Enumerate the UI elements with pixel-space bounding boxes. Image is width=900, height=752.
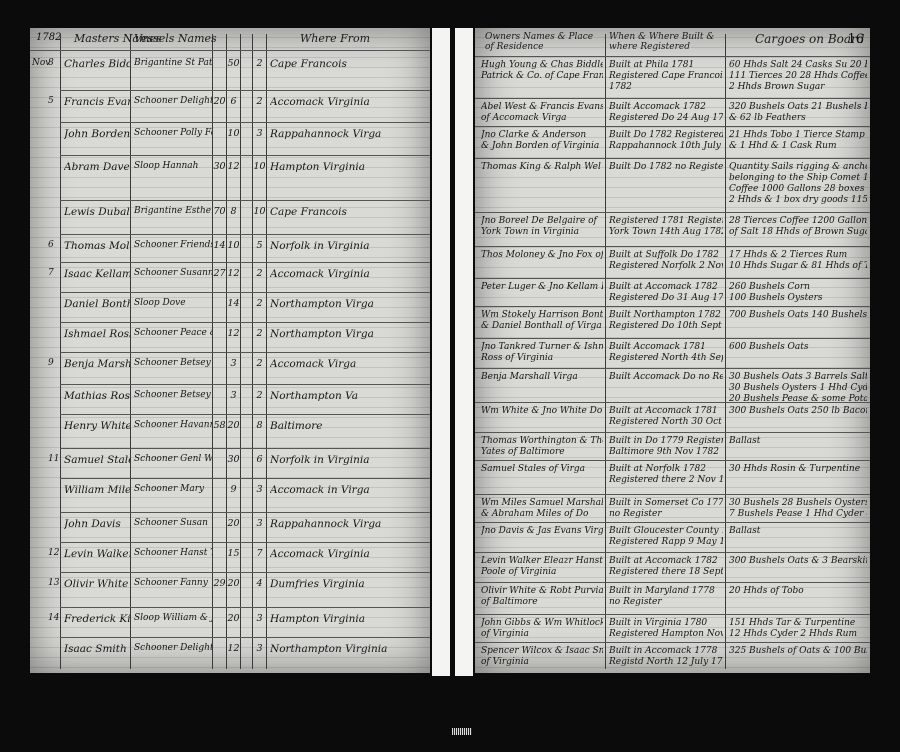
row-rule	[475, 306, 870, 307]
built-registered: Registered Do 31 Aug 1782	[609, 293, 723, 303]
guns-value: 20	[227, 578, 240, 589]
built-registered: Built in Maryland 1778	[609, 586, 723, 596]
owner-name: of Virginia	[481, 657, 603, 667]
where-from: Accomack Virginia	[270, 96, 428, 108]
owner-name: Jno Boreel De Belgaire of	[481, 216, 603, 226]
owner-name: & John Borden of Virginia	[481, 141, 603, 151]
men-value: 8	[253, 420, 266, 431]
cargo-description: 320 Bushels Oats 21 Bushels Pease	[729, 102, 867, 112]
men-value: 2	[253, 390, 266, 401]
row-rule	[475, 552, 870, 553]
master-name: William Miles	[64, 484, 130, 496]
cargo-description: 60 Hhds Salt 24 Casks Su 20 Hhds Molasse…	[729, 60, 867, 70]
men-value: 2	[253, 298, 266, 309]
owner-name: Spencer Wilcox & Isaac Smith	[481, 646, 603, 656]
header-where-from: Where From	[300, 32, 370, 45]
cargo-description: 7 Bushels Pease 1 Hhd Cyder & Sundries	[729, 509, 867, 519]
cargo-description: 2 Hhds Brown Sugar	[729, 82, 867, 92]
vessel-name: Schooner Susanna	[134, 268, 212, 278]
header-vessels-names: Vessels Names	[134, 32, 217, 45]
built-registered: Built in Do 1779 Registered	[609, 436, 723, 446]
owner-name: Wm White & Jno White Do	[481, 406, 603, 416]
vessel-name: Schooner Genl Wayne	[134, 454, 212, 464]
built-registered: Built Do 1782 Registered at	[609, 130, 723, 140]
owner-name: York Town in Virginia	[481, 227, 603, 237]
row-rule	[475, 494, 870, 495]
row-rule	[475, 582, 870, 583]
built-registered: Registered there 18 Sept 1782	[609, 567, 723, 577]
where-from: Accomack Virga	[270, 358, 428, 370]
built-registered: Built at Accomack 1782	[609, 282, 723, 292]
men-value: 2	[253, 358, 266, 369]
built-registered: York Town 14th Aug 1782	[609, 227, 723, 237]
row-rule	[60, 542, 430, 543]
tons-value: 29	[213, 578, 226, 589]
cargo-description: Quantity Sails rigging & anchors	[729, 162, 867, 172]
guns-value: 14	[227, 298, 240, 309]
owner-name: & Abraham Miles of Do	[481, 509, 603, 519]
cargo-description: 700 Bushels Oats 140 Bushels Pease	[729, 310, 867, 320]
built-registered: Built Northampton 1782	[609, 310, 723, 320]
where-from: Rappahannock Virga	[270, 518, 428, 530]
master-name: Thomas Moloney	[64, 240, 130, 252]
master-name: Lewis Dubales	[64, 206, 130, 218]
header-rule	[30, 50, 430, 51]
vessel-name: Schooner Mary	[134, 484, 212, 494]
vessel-name: Brigantine Esther	[134, 206, 212, 216]
guns-value: 12	[227, 268, 240, 279]
cargo-description: 300 Bushels Oats 250 lb Bacon	[729, 406, 867, 416]
where-from: Dumfries Virginia	[270, 578, 428, 590]
row-rule	[475, 614, 870, 615]
men-value: 4	[253, 578, 266, 589]
built-registered: Registered Do 10th Sept 1782	[609, 321, 723, 331]
cargo-description: of Salt 18 Hhds of Brown Sugar	[729, 227, 867, 237]
cargo-description: & 62 lb Feathers	[729, 113, 867, 123]
row-rule	[60, 448, 430, 449]
row-rule	[60, 322, 430, 323]
men-value: 3	[253, 613, 266, 624]
cargo-description: 2 Hhds & 1 box dry goods 115 lb Cannon	[729, 195, 867, 205]
built-registered: Built Accomack 1781	[609, 342, 723, 352]
column-divider	[605, 34, 606, 669]
vessel-name: Schooner Delight	[134, 96, 212, 106]
built-registered: Registered there 2 Nov 1782	[609, 475, 723, 485]
owner-name: Jno Tankred Turner & Ishmael	[481, 342, 603, 352]
vessel-name: Schooner Hanst Taylor	[134, 548, 212, 558]
cargo-description: 30 Bushels Oysters 1 Hhd Cyder	[729, 383, 867, 393]
guns-value: 15	[227, 548, 240, 559]
where-from: Northampton Virginia	[270, 643, 428, 655]
master-name: Henry White	[64, 420, 130, 432]
row-rule	[60, 414, 430, 415]
row-rule	[475, 522, 870, 523]
owner-name: Thomas King & Ralph Wel Do	[481, 162, 603, 172]
vessel-name: Schooner Peace & Plenty	[134, 328, 212, 338]
built-registered: Built at Norfolk 1782	[609, 464, 723, 474]
tons-value: 30	[213, 161, 226, 172]
owner-name: Hugh Young & Chas Biddle & St	[481, 60, 603, 70]
men-value: 2	[253, 328, 266, 339]
master-name: Isaac Kellam	[64, 268, 130, 280]
owner-name: Yates of Baltimore	[481, 447, 603, 457]
owner-name: & Daniel Bonthall of Virga	[481, 321, 603, 331]
page-gutter	[455, 28, 473, 676]
built-registered: Registered Rapp 9 May 1782	[609, 537, 723, 547]
row-rule	[60, 352, 430, 353]
cargo-description: & 1 Hhd & 1 Cask Rum	[729, 141, 867, 151]
guns-value: 20	[227, 613, 240, 624]
row-rule	[60, 478, 430, 479]
master-name: Levin Walker	[64, 548, 130, 560]
row-rule	[60, 292, 430, 293]
guns-value: 12	[227, 161, 240, 172]
tons-value: 27	[213, 268, 226, 279]
master-name: Ishmael Ross	[64, 328, 130, 340]
guns-value: 12	[227, 643, 240, 654]
men-value: 2	[253, 58, 266, 69]
vessel-name: Schooner Betsey	[134, 358, 212, 368]
master-name: John Davis	[64, 518, 130, 530]
header-rule	[475, 56, 870, 57]
built-registered: Built at Phila 1781	[609, 60, 723, 70]
built-registered: Registered Do 24 Aug 1782	[609, 113, 723, 123]
built-registered: Registered North 30 Oct 82	[609, 417, 723, 427]
men-value: 3	[253, 128, 266, 139]
vessel-name: Schooner Susan	[134, 518, 212, 528]
master-name: Olivir White	[64, 578, 130, 590]
master-name: Francis Evans	[64, 96, 130, 108]
owner-name: Poole of Virginia	[481, 567, 603, 577]
page-gutter	[432, 28, 450, 676]
cargo-description: 260 Bushels Corn	[729, 282, 867, 292]
entry-number: 6	[48, 240, 60, 250]
row-rule	[475, 212, 870, 213]
cargo-description: 21 Hhds Tobo 1 Tierce Stamp	[729, 130, 867, 140]
men-value: 7	[253, 548, 266, 559]
cargo-description: 12 Hhds Cyder 2 Hhds Rum	[729, 629, 867, 639]
entry-number: 11	[48, 454, 60, 464]
vessel-name: Schooner Delight	[134, 643, 212, 653]
built-registered: Built in Somerset Co 1773	[609, 498, 723, 508]
built-registered: Built at Accomack 1782	[609, 556, 723, 566]
tons-value: 58	[213, 420, 226, 431]
built-registered: Registered Hampton Nov 6 1782	[609, 629, 723, 639]
owner-name: Patrick & Co. of Cape Franc.	[481, 71, 603, 81]
built-registered: 1782	[609, 82, 723, 92]
row-rule	[60, 234, 430, 235]
built-registered: no Register	[609, 597, 723, 607]
tons-value: 14	[213, 240, 226, 251]
entry-number: 5	[48, 96, 60, 106]
built-registered: Registered North 4th Sept 1782	[609, 353, 723, 363]
entry-number: 13	[48, 578, 60, 588]
ledger-right-page: Owners Names & Place of Residence When &…	[475, 28, 870, 673]
owner-name: Abel West & Francis Evans	[481, 102, 603, 112]
built-registered: Built in Virginia 1780	[609, 618, 723, 628]
cargo-description: 325 Bushels of Oats & 100 Bushels Pease	[729, 646, 867, 656]
men-value: 3	[253, 484, 266, 495]
master-name: Isaac Smith	[64, 643, 130, 655]
men-value: 10	[253, 206, 266, 217]
vessel-name: Sloop Hannah	[134, 161, 212, 171]
owner-name: Thomas Worthington & Thomas	[481, 436, 603, 446]
where-from: Northampton Virga	[270, 328, 428, 340]
cargo-description: belonging to the Ship Comet 16 Tierces o…	[729, 173, 867, 183]
row-rule	[60, 384, 430, 385]
row-rule	[60, 155, 430, 156]
column-divider	[725, 34, 726, 669]
tons-value: 20	[213, 96, 226, 107]
men-value: 2	[253, 96, 266, 107]
row-rule	[60, 607, 430, 608]
owner-name: Peter Luger & Jno Kellam Do	[481, 282, 603, 292]
built-registered: Built Do 1782 no Register	[609, 162, 723, 172]
where-from: Norfolk in Virginia	[270, 454, 428, 466]
where-from: Northampton Va	[270, 390, 428, 402]
guns-value: 12	[227, 328, 240, 339]
row-rule	[475, 338, 870, 339]
where-from: Rappahannock Virga	[270, 128, 428, 140]
owner-name: of Virginia	[481, 629, 603, 639]
men-value: 3	[253, 518, 266, 529]
row-rule	[475, 98, 870, 99]
entry-number: 7	[48, 268, 60, 278]
row-rule	[60, 90, 430, 91]
master-name: John Borden	[64, 128, 130, 140]
vessel-name: Sloop Dove	[134, 298, 212, 308]
row-rule	[60, 512, 430, 513]
row-rule	[475, 158, 870, 159]
owner-name: Ross of Virginia	[481, 353, 603, 363]
built-registered: Built Gloucester County 1781	[609, 526, 723, 536]
owner-name: of Baltimore	[481, 597, 603, 607]
row-rule	[60, 122, 430, 123]
cargo-description: 100 Bushels Oysters	[729, 293, 867, 303]
vessel-name: Schooner Polly Fern	[134, 128, 212, 138]
guns-value: 8	[227, 206, 240, 217]
built-registered: Registered Norfolk 2 Nov 82	[609, 261, 723, 271]
where-from: Northampton Virga	[270, 298, 428, 310]
guns-value: 20	[227, 518, 240, 529]
built-registered: Baltimore 9th Nov 1782	[609, 447, 723, 457]
built-registered: Rappahannock 10th July 1782	[609, 141, 723, 151]
cargo-description: 151 Hhds Tar & Turpentine	[729, 618, 867, 628]
row-rule	[475, 278, 870, 279]
guns-value: 10	[227, 128, 240, 139]
row-rule	[475, 432, 870, 433]
vessel-name: Schooner Fanny	[134, 578, 212, 588]
vessel-name: Schooner Havanna	[134, 420, 212, 430]
built-registered: Built at Suffolk Do 1782	[609, 250, 723, 260]
owner-name: John Gibbs & Wm Whitlock	[481, 618, 603, 628]
men-value: 3	[253, 643, 266, 654]
page-number: 16	[847, 32, 864, 47]
cargo-description: Coffee 1000 Gallons 28 boxes Sugar	[729, 184, 867, 194]
owner-name: Jno Clarke & Anderson	[481, 130, 603, 140]
cargo-description: 111 Tierces 20 28 Hhds Coffee 108,000 lb	[729, 71, 867, 81]
where-from: Accomack Virginia	[270, 548, 428, 560]
archive-barcode	[452, 728, 472, 735]
row-rule	[475, 368, 870, 369]
vessel-name: Schooner Betsey	[134, 390, 212, 400]
row-rule	[475, 642, 870, 643]
owner-name: Olivir White & Robt Purviance	[481, 586, 603, 596]
owner-name: Jno Davis & Jas Evans Virga	[481, 526, 603, 536]
where-from: Cape Francois	[270, 58, 428, 70]
where-from: Cape Francois	[270, 206, 428, 218]
built-registered: Built at Accomack 1781	[609, 406, 723, 416]
where-from: Accomack Virginia	[270, 268, 428, 280]
men-value: 6	[253, 454, 266, 465]
men-value: 5	[253, 240, 266, 251]
men-value: 10	[253, 161, 266, 172]
guns-value: 50	[227, 58, 240, 69]
cargo-description: Ballast	[729, 526, 867, 536]
where-from: Accomack in Virga	[270, 484, 428, 496]
built-registered: Registd North 12 July 1781	[609, 657, 723, 667]
cargo-description: 30 Bushels 28 Bushels Oysters	[729, 498, 867, 508]
built-registered: Registered Cape Francois Sept	[609, 71, 723, 81]
cargo-description: 10 Hhds Sugar & 81 Hhds of Tarr	[729, 261, 867, 271]
master-name: Frederick Kitts	[64, 613, 130, 625]
entry-number: 9	[48, 358, 60, 368]
cargo-description: 28 Tierces Coffee 1200 Gallons of Rum	[729, 216, 867, 226]
owner-name: Samuel Stales of Virga	[481, 464, 603, 474]
master-name: Daniel Bonthall	[64, 298, 130, 310]
ledger-left-page: 1782 Masters Names Vessels Names Where F…	[30, 28, 430, 673]
guns-value: 3	[227, 390, 240, 401]
row-rule	[60, 637, 430, 638]
cargo-description: 30 Hhds Rosin & Turpentine	[729, 464, 867, 474]
owner-name: Wm Miles Samuel Marshall	[481, 498, 603, 508]
master-name: Charles Biddle	[64, 58, 130, 70]
entry-number: 12	[48, 548, 60, 558]
master-name: Mathias Ross	[64, 390, 130, 402]
owner-name: Benja Marshall Virga	[481, 372, 603, 382]
owner-name: Levin Walker Eleazr Hanst & Edwd	[481, 556, 603, 566]
entry-number: 14	[48, 613, 60, 623]
guns-value: 20	[227, 420, 240, 431]
cargo-description: Ballast	[729, 436, 867, 446]
vessel-name: Schooner Friendship	[134, 240, 212, 250]
cargo-description: 600 Bushels Oats	[729, 342, 867, 352]
owner-name: of Accomack Virga	[481, 113, 603, 123]
guns-value: 3	[227, 358, 240, 369]
vessel-name: Sloop William & John	[134, 613, 212, 623]
row-rule	[60, 572, 430, 573]
where-from: Norfolk in Virginia	[270, 240, 428, 252]
built-registered: Built Accomack Do no Register	[609, 372, 723, 382]
owner-name: Wm Stokely Harrison Bonthall	[481, 310, 603, 320]
master-name: Benja Marshall	[64, 358, 130, 370]
tons-value: 70	[213, 206, 226, 217]
row-rule	[475, 246, 870, 247]
row-rule	[475, 460, 870, 461]
year-label: 1782	[36, 32, 61, 43]
guns-value: 10	[227, 240, 240, 251]
built-registered: no Register	[609, 509, 723, 519]
row-rule	[475, 402, 870, 403]
cargo-description: 17 Hhds & 2 Tierces Rum	[729, 250, 867, 260]
where-from: Baltimore	[270, 420, 428, 432]
header-built-registered: When & Where Built & where Registered	[609, 32, 723, 52]
row-rule	[60, 262, 430, 263]
where-from: Hampton Virginia	[270, 161, 428, 173]
row-rule	[60, 200, 430, 201]
built-registered: Built in Accomack 1778	[609, 646, 723, 656]
owner-name: Thos Moloney & Jno Fox of Do	[481, 250, 603, 260]
cargo-description: 30 Bushels Oats 3 Barrels Salt	[729, 372, 867, 382]
header-owners: Owners Names & Place of Residence	[485, 32, 603, 52]
built-registered: Built Accomack 1782	[609, 102, 723, 112]
guns-value: 30	[227, 454, 240, 465]
entry-number: 8	[48, 58, 60, 68]
men-value: 2	[253, 268, 266, 279]
built-registered: Registered 1781 Registered	[609, 216, 723, 226]
master-name: Abram Daves	[64, 161, 130, 173]
cargo-description: 300 Bushels Oats & 3 Bearskins	[729, 556, 867, 566]
guns-value: 6	[227, 96, 240, 107]
guns-value: 9	[227, 484, 240, 495]
vessel-name: Brigantine St Patrick	[134, 58, 212, 68]
row-rule	[475, 126, 870, 127]
master-name: Samuel Stales	[64, 454, 130, 466]
cargo-description: 20 Hhds of Tobo	[729, 586, 867, 596]
where-from: Hampton Virginia	[270, 613, 428, 625]
